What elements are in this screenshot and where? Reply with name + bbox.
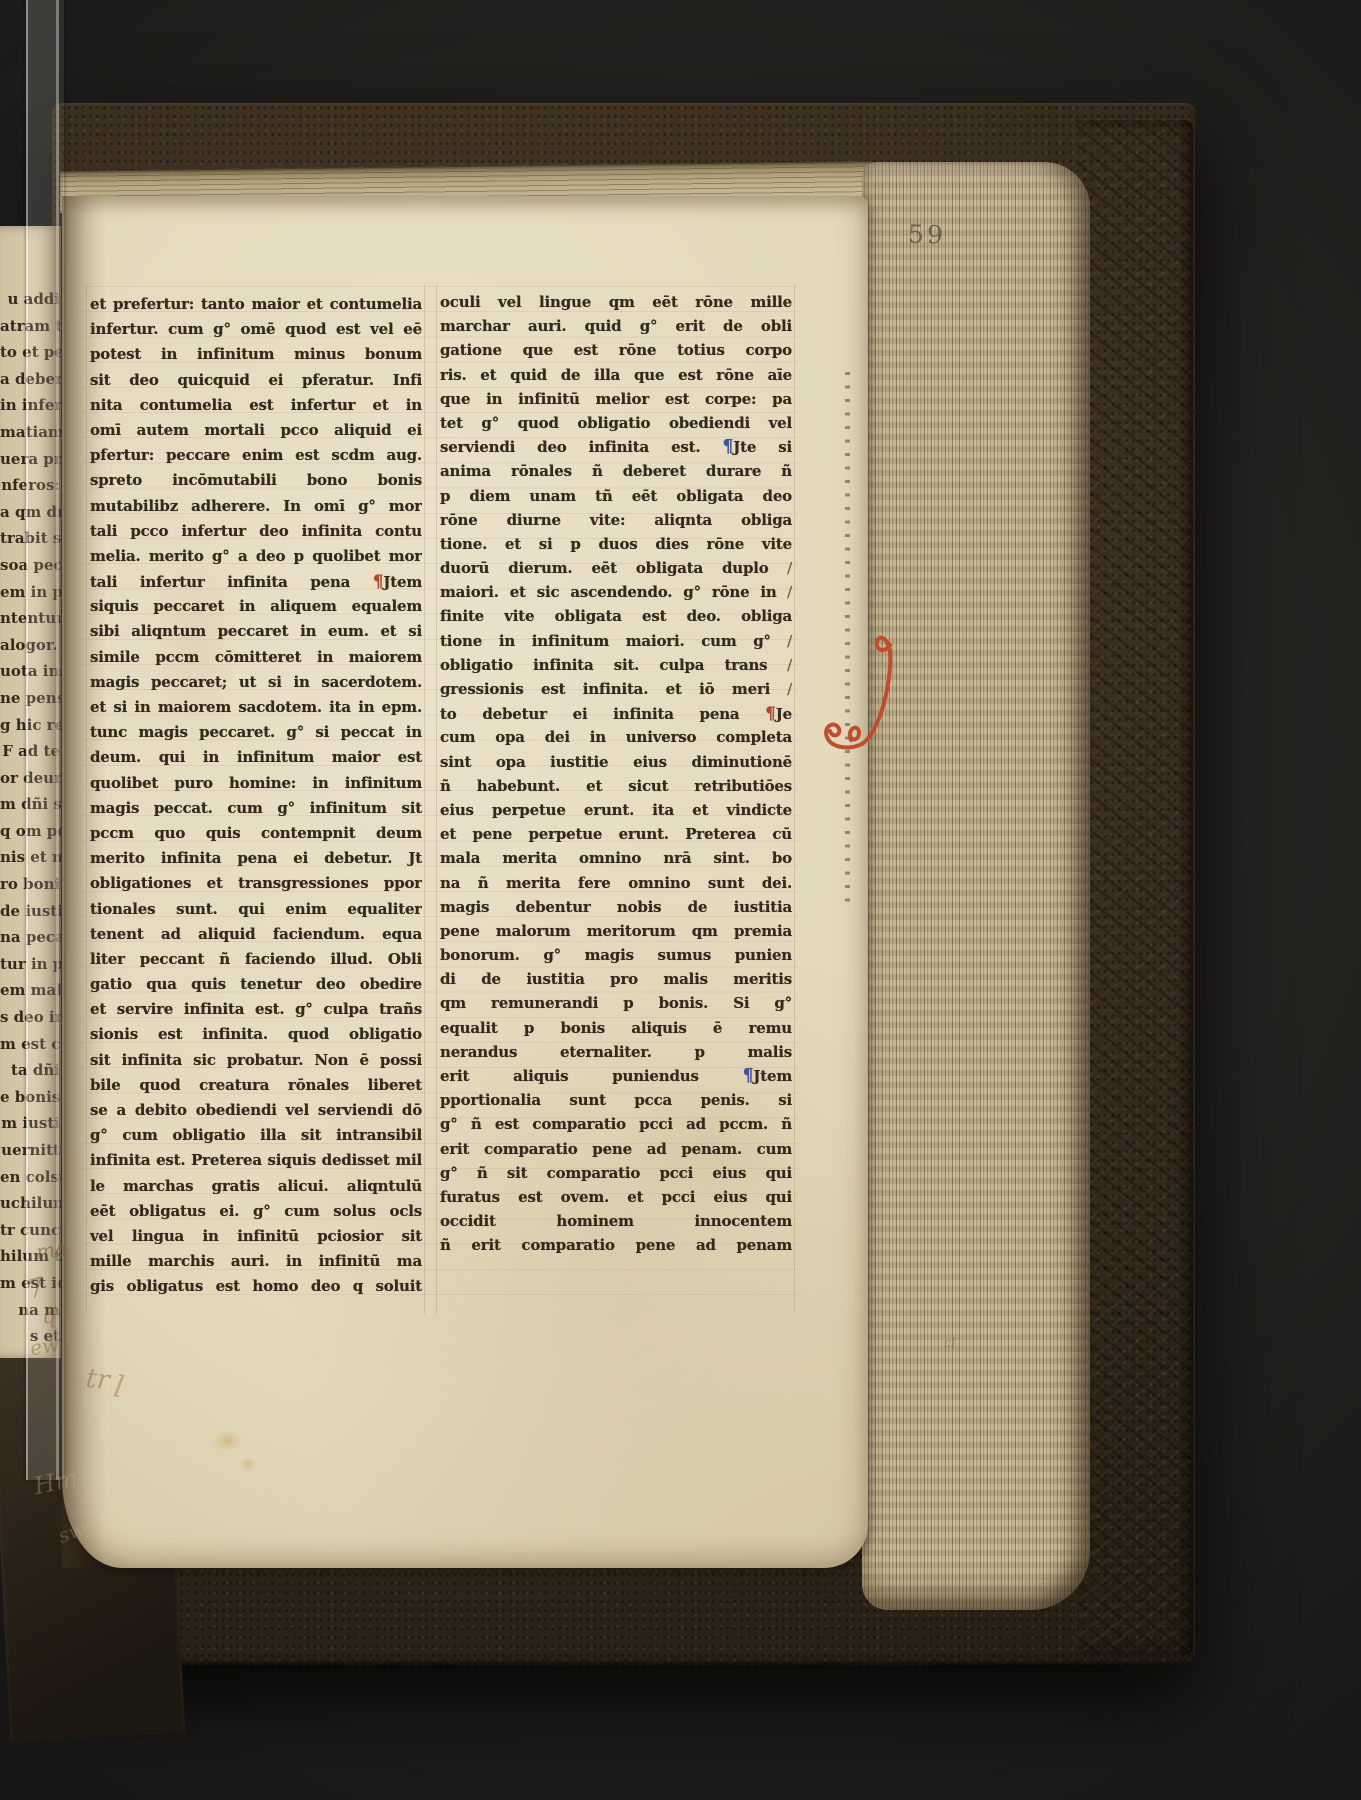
text-segment: Jtem <box>753 1067 792 1085</box>
manuscript-line: ñ habebunt. et sicut retributiōes <box>440 774 792 798</box>
text-segment: sionis est infinita. quod obligatio <box>90 1025 422 1043</box>
stain <box>240 1458 256 1471</box>
manuscript-line: pccm quo quis contempnit deum <box>90 821 422 846</box>
text-segment: merito infinita pena ei debetur. Jt <box>90 849 422 867</box>
manuscript-line: pene malorum meritorum qm premia <box>440 919 792 943</box>
text-segment: tenent ad aliquid faciendum. equa <box>90 925 422 943</box>
manuscript-line: nerandus eternaliter. p malis <box>440 1040 792 1064</box>
text-segment: tunc magis peccaret. g° si peccat in <box>90 723 422 741</box>
manuscript-line: ris. et quid de illa que est rōne aīe <box>440 363 792 387</box>
manuscript-line: deum. qui in infinitum maior est <box>90 745 422 770</box>
text-segment: nita contumelia est infertur et in <box>90 396 422 414</box>
text-segment: to debetur ei infinita pena <box>440 705 765 723</box>
text-segment: finite vite obligata est deo. obliga <box>440 607 792 625</box>
manuscript-line: eēt obligatus ei. g° cum solus ocls <box>90 1199 422 1224</box>
manuscript-line: p diem unam tñ eēt obligata deo <box>440 484 792 508</box>
text-segment: eēt obligatus ei. g° cum solus ocls <box>90 1202 422 1220</box>
text-segment: potest in infinitum minus bonum <box>90 345 422 363</box>
text-segment: oculi vel lingue qm eēt rōne mille <box>440 293 792 311</box>
manuscript-line: infinita est. Preterea siquis dedisset m… <box>90 1148 422 1173</box>
manuscript-line: sit deo quicquid ei pferatur. Infi <box>90 368 422 393</box>
manuscript-line: tionales sunt. qui enim equaliter <box>90 897 422 922</box>
pen-trial-mark: ew <box>28 1332 61 1361</box>
text-segment: quolibet puro homine: in infinitum <box>90 774 422 792</box>
manuscript-line: nita contumelia est infertur et in <box>90 393 422 418</box>
text-segment: na ñ merita fere omnino sunt dei. <box>440 874 792 892</box>
manuscript-line: magis peccaret; ut si in sacerdotem. <box>90 670 422 695</box>
text-segment: melia. merito g° a deo p quolibet mor <box>90 547 422 565</box>
manuscript-line: infertur. cum g° omē quod est vel eē <box>90 317 422 342</box>
text-segment: sibi aliqntum peccaret in eum. et si <box>90 622 422 640</box>
text-segment: / <box>767 656 792 674</box>
book-fore-edge <box>862 162 1090 1610</box>
manuscript-line: spreto incōmutabili bono bonis <box>90 468 422 493</box>
text-segment: Jtem <box>383 573 422 591</box>
text-segment: bonorum. g° magis sumus punien <box>440 946 792 964</box>
pilcrow-red: ¶ <box>765 703 775 723</box>
manuscript-line: finite vite obligata est deo. obliga <box>440 604 792 628</box>
manuscript-line: to debetur ei infinita pena ¶Je <box>440 701 792 725</box>
text-segment: pene malorum meritorum qm premia <box>440 922 792 940</box>
manuscript-line: et servire infinita est. g° culpa trañs <box>90 997 422 1022</box>
text-segment: tali infertur infinita pena <box>90 573 373 591</box>
manuscript-line: gatio qua quis tenetur deo obedire <box>90 972 422 997</box>
text-segment: gatio qua quis tenetur deo obedire <box>90 975 422 993</box>
text-segment: Je <box>776 705 792 723</box>
text-segment: mutabilibz adherere. In omī g° mor <box>90 497 422 515</box>
manuscript-line: g° ñ sit comparatio pcci eius qui <box>440 1161 792 1185</box>
manuscript-line: merito infinita pena ei debetur. Jt <box>90 846 422 871</box>
text-segment: / <box>769 559 792 577</box>
text-segment: rōne diurne vite: aliqnta obliga <box>440 511 792 529</box>
text-segment: deum. qui in infinitum maior est <box>90 748 422 766</box>
manuscript-line: g° ñ est comparatio pcci ad pccm. ñ <box>440 1112 792 1136</box>
text-segment: magis debentur nobis de iustitia <box>440 898 792 916</box>
manuscript-line: siquis peccaret in aliquem equalem <box>90 594 422 619</box>
manuscript-line: sionis est infinita. quod obligatio <box>90 1022 422 1047</box>
text-segment: sit infinita sic probatur. Non ē possi <box>90 1051 422 1069</box>
manuscript-line: sint opa iustitie eius diminutionē <box>440 750 792 774</box>
text-segment: / <box>771 632 792 650</box>
manuscript-line: cum opa dei in universo completa <box>440 725 792 749</box>
manuscript-line: gis obligatus est homo deo q soluit <box>90 1274 422 1299</box>
manuscript-line: se a debito obediendi vel serviendi dō <box>90 1098 422 1123</box>
manuscript-line: equalit p bonis aliquis ē remu <box>440 1016 792 1040</box>
manuscript-line: marchar auri. quid g° erit de obli <box>440 314 792 338</box>
manuscript-line: obligatio infinita sit. culpa trans / <box>440 653 792 677</box>
text-segment: tionales sunt. qui enim equaliter <box>90 900 422 918</box>
pilcrow-blue: ¶ <box>722 437 733 457</box>
text-segment: di de iustitia pro malis meritis <box>440 970 792 988</box>
text-segment: bile quod creatura rōnales liberet <box>90 1076 422 1094</box>
manuscript-line: mutabilibz adherere. In omī g° mor <box>90 494 422 519</box>
manuscript-line: melia. merito g° a deo p quolibet mor <box>90 544 422 569</box>
text-segment: equalit p bonis aliquis ē remu <box>440 1019 792 1037</box>
manuscript-line: tione in infinitum maiori. cum g° / <box>440 629 792 653</box>
text-segment: / <box>770 680 792 698</box>
manuscript-line: liter peccant ñ faciendo illud. Obli <box>90 947 422 972</box>
text-segment: occidit hominem innocentem <box>440 1212 792 1230</box>
text-segment: que in infinitū melior est corpe: pa <box>440 390 792 408</box>
manuscript-line: mille marchis auri. in infinitū ma <box>90 1249 422 1274</box>
text-segment: sit deo quicquid ei pferatur. Infi <box>90 371 422 389</box>
manuscript-line: tali infertur infinita pena ¶Jtem <box>90 569 422 594</box>
folio-number: 59 <box>908 219 947 249</box>
manuscript-line: le marchas gratis alicui. aliqntulū <box>90 1174 422 1199</box>
text-segment: simile pccm cōmitteret in maiorem <box>90 648 422 666</box>
ruling-vertical-line <box>86 284 87 1314</box>
manuscript-line: simile pccm cōmitteret in maiorem <box>90 645 422 670</box>
photo-backdrop: et prefertur: tanto maior et contumeliai… <box>0 0 1361 1800</box>
text-segment: et pene perpetue erunt. Preterea cū <box>440 825 792 843</box>
manuscript-line: na ñ merita fere omnino sunt dei. <box>440 871 792 895</box>
text-segment: anima rōnales ñ deberet durare ñ <box>440 462 792 480</box>
text-segment: pportionalia sunt pcca penis. si <box>440 1091 792 1109</box>
manuscript-line: mala merita omnino nrā sint. bo <box>440 846 792 870</box>
ruling-vertical-line <box>424 284 425 1314</box>
pilcrow-blue: ¶ <box>743 1066 754 1086</box>
text-segment: gatione que est rōne totius corpo <box>440 341 792 359</box>
manuscript-line: tunc magis peccaret. g° si peccat in <box>90 720 422 745</box>
manuscript-line: gatione que est rōne totius corpo <box>440 338 792 362</box>
pen-trial-mark: tr <box>84 1363 111 1396</box>
text-segment: erit comparatio pene ad penam. cum <box>440 1140 792 1158</box>
text-segment: tali pcco infertur deo infinita contu <box>90 522 422 540</box>
manuscript-line: omī autem mortali pcco aliquid ei <box>90 418 422 443</box>
manuscript-line: rōne diurne vite: aliqnta obliga <box>440 508 792 532</box>
manuscript-line: tenent ad aliquid faciendum. equa <box>90 922 422 947</box>
manuscript-line: tione. et si p duos dies rōne vite <box>440 532 792 556</box>
text-segment: sint opa iustitie eius diminutionē <box>440 753 792 771</box>
manuscript-line: vel lingua in infinitū pciosior sit <box>90 1224 422 1249</box>
manuscript-line: pfertur: peccare enim est scdm aug. <box>90 443 422 468</box>
stain <box>212 1430 242 1452</box>
pen-trial-mark: q <box>41 1303 57 1329</box>
text-segment: g° ñ est comparatio pcci ad pccm. ñ <box>440 1115 792 1133</box>
text-segment: le marchas gratis alicui. aliqntulū <box>90 1177 422 1195</box>
text-segment: tet g° quod obligatio obediendi vel <box>440 414 792 432</box>
ruling-vertical-line <box>436 284 437 1314</box>
text-column-left: et prefertur: tanto maior et contumeliai… <box>90 292 422 1300</box>
text-segment: duorū dierum. eēt obligata duplo <box>440 559 769 577</box>
text-segment: ñ habebunt. et sicut retributiōes <box>440 777 792 795</box>
text-segment: siquis peccaret in aliquem equalem <box>90 597 422 615</box>
text-segment: omī autem mortali pcco aliquid ei <box>90 421 422 439</box>
text-segment: qm remunerandi p bonis. Si g° <box>440 994 792 1012</box>
text-segment: liter peccant ñ faciendo illud. Obli <box>90 950 422 968</box>
text-segment: infinita est. Preterea siquis dedisset m… <box>90 1151 422 1169</box>
text-column-right: oculi vel lingue qm eēt rōne millemarcha… <box>440 290 792 1258</box>
text-segment: ris. et quid de illa que est rōne aīe <box>440 366 792 384</box>
text-segment: / <box>777 583 792 601</box>
text-segment: gressionis est infinita. et iō meri <box>440 680 770 698</box>
manuscript-line: tet g° quod obligatio obediendi vel <box>440 411 792 435</box>
manuscript-line: potest in infinitum minus bonum <box>90 342 422 367</box>
text-segment: spreto incōmutabili bono bonis <box>90 471 422 489</box>
manuscript-line: furatus est ovem. et pcci eius qui <box>440 1185 792 1209</box>
text-segment: Jte si <box>733 438 792 456</box>
manuscript-line: ñ erit comparatio pene ad penam <box>440 1233 792 1257</box>
red-flourish <box>818 612 910 750</box>
manuscript-line: oculi vel lingue qm eēt rōne mille <box>440 290 792 314</box>
text-segment: et si in maiorem sacdotem. ita in epm. <box>90 698 422 716</box>
manuscript-line: occidit hominem innocentem <box>440 1209 792 1233</box>
pilcrow-red: ¶ <box>373 571 383 591</box>
text-segment: eius perpetue erunt. ita et vindicte <box>440 801 792 819</box>
text-segment: g° cum obligatio illa sit intransibil <box>90 1126 422 1144</box>
text-segment: gis obligatus est homo deo q soluit <box>90 1277 422 1295</box>
manuscript-line: et si in maiorem sacdotem. ita in epm. <box>90 695 422 720</box>
text-segment: p diem unam tñ eēt obligata deo <box>440 487 792 505</box>
manuscript-line: erit comparatio pene ad penam. cum <box>440 1137 792 1161</box>
manuscript-line: bile quod creatura rōnales liberet <box>90 1073 422 1098</box>
text-segment: vel lingua in infinitū pciosior sit <box>90 1227 422 1245</box>
manuscript-line: maiori. et sic ascendendo. g° rōne in / <box>440 580 792 604</box>
text-segment: nerandus eternaliter. p malis <box>440 1043 792 1061</box>
text-segment: obligationes et transgressiones ppor <box>90 874 422 892</box>
manuscript-line: magis peccat. cum g° infinitum sit <box>90 796 422 821</box>
text-segment: magis peccaret; ut si in sacerdotem. <box>90 673 422 691</box>
text-segment: tione in infinitum maiori. cum g° <box>440 632 771 650</box>
right-board-embossing <box>1075 120 1193 1655</box>
manuscript-line: eius perpetue erunt. ita et vindicte <box>440 798 792 822</box>
text-segment: et prefertur: tanto maior et contumelia <box>90 295 422 313</box>
manuscript-line: serviendi deo infinita est. ¶Jte si <box>440 435 792 459</box>
pen-trial-mark: ma <box>34 1236 68 1264</box>
text-segment: tione. et si p duos dies rōne vite <box>440 535 792 553</box>
text-segment: marchar auri. quid g° erit de obli <box>440 317 792 335</box>
quire-mark: cl <box>943 1335 956 1351</box>
manuscript-line: anima rōnales ñ deberet durare ñ <box>440 459 792 483</box>
manuscript-line: sit infinita sic probatur. Non ē possi <box>90 1048 422 1073</box>
manuscript-line: et pene perpetue erunt. Preterea cū <box>440 822 792 846</box>
text-segment: g° ñ sit comparatio pcci eius qui <box>440 1164 792 1182</box>
text-segment: obligatio infinita sit. culpa trans <box>440 656 767 674</box>
text-segment: mille marchis auri. in infinitū ma <box>90 1252 422 1270</box>
manuscript-line: obligationes et transgressiones ppor <box>90 871 422 896</box>
text-segment: se a debito obediendi vel serviendi dō <box>90 1101 422 1119</box>
manuscript-line: tali pcco infertur deo infinita contu <box>90 519 422 544</box>
manuscript-line: sibi aliqntum peccaret in eum. et si <box>90 619 422 644</box>
manuscript-line: duorū dierum. eēt obligata duplo / <box>440 556 792 580</box>
manuscript-line: qm remunerandi p bonis. Si g° <box>440 991 792 1015</box>
text-segment: magis peccat. cum g° infinitum sit <box>90 799 422 817</box>
text-segment: pfertur: peccare enim est scdm aug. <box>90 446 422 464</box>
manuscript-line: que in infinitū melior est corpe: pa <box>440 387 792 411</box>
text-segment: furatus est ovem. et pcci eius qui <box>440 1188 792 1206</box>
manuscript-line: gressionis est infinita. et iō meri / <box>440 677 792 701</box>
manuscript-line: pportionalia sunt pcca penis. si <box>440 1088 792 1112</box>
manuscript-line: di de iustitia pro malis meritis <box>440 967 792 991</box>
manuscript-line: g° cum obligatio illa sit intransibil <box>90 1123 422 1148</box>
text-segment: erit aliquis puniendus <box>440 1067 743 1085</box>
text-segment: maiori. et sic ascendendo. g° rōne in <box>440 583 777 601</box>
text-segment: ñ erit comparatio pene ad penam <box>440 1236 792 1254</box>
manuscript-line: erit aliquis puniendus ¶Jtem <box>440 1064 792 1088</box>
text-segment: infertur. cum g° omē quod est vel eē <box>90 320 422 338</box>
manuscript-line: magis debentur nobis de iustitia <box>440 895 792 919</box>
manuscript-line: bonorum. g° magis sumus punien <box>440 943 792 967</box>
text-segment: et servire infinita est. g° culpa trañs <box>90 1000 422 1018</box>
text-segment: serviendi deo infinita est. <box>440 438 722 456</box>
manuscript-line: quolibet puro homine: in infinitum <box>90 771 422 796</box>
manuscript-line: et prefertur: tanto maior et contumelia <box>90 292 422 317</box>
text-segment: cum opa dei in universo completa <box>440 728 792 746</box>
text-segment: pccm quo quis contempnit deum <box>90 824 422 842</box>
text-segment: mala merita omnino nrā sint. bo <box>440 849 792 867</box>
